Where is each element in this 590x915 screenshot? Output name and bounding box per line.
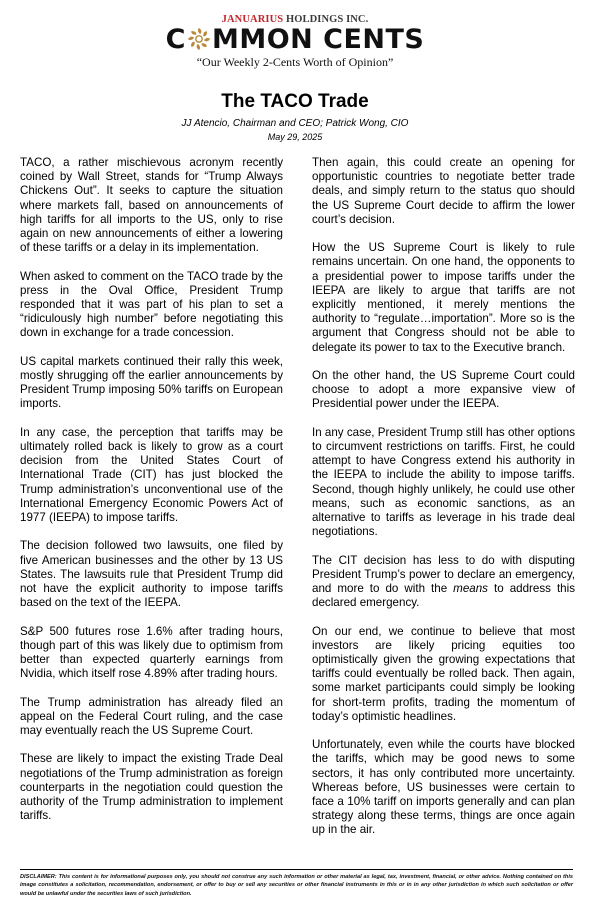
paragraph: In any case, President Trump still has o… [312, 426, 575, 540]
article-authors: JJ Atencio, Chairman and CEO; Patrick Wo… [0, 118, 590, 129]
paragraph: TACO, a rather mischievous acronym recen… [20, 156, 283, 255]
logo-text-end: MMON CENTS [212, 24, 424, 55]
paragraph: The CIT decision has less to do with dis… [312, 554, 575, 611]
logo-text-start: C [166, 24, 186, 55]
paragraph: Unfortunately, even while the courts hav… [312, 738, 575, 837]
footer-divider [20, 869, 573, 870]
paragraph: How the US Supreme Court is likely to ru… [312, 241, 575, 355]
paragraph: When asked to comment on the TACO trade … [20, 270, 283, 341]
article-date: May 29, 2025 [0, 132, 590, 142]
paragraph: In any case, the perception that tariffs… [20, 426, 283, 525]
disclaimer: DISCLAIMER: This content is for informat… [20, 873, 573, 898]
paragraph: Then again, this could create an opening… [312, 156, 575, 227]
paragraph: The Trump administration has already fil… [20, 696, 283, 739]
tagline: “Our Weekly 2-Cents Worth of Opinion” [0, 55, 590, 70]
paragraph: On the other hand, the US Supreme Court … [312, 369, 575, 412]
paragraph: US capital markets continued their rally… [20, 355, 283, 412]
emphasized-word: means [453, 582, 488, 595]
paragraph: S&P 500 futures rose 1.6% after trading … [20, 625, 283, 682]
article-title: The TACO Trade [0, 91, 590, 113]
paragraph: The decision followed two lawsuits, one … [20, 539, 283, 610]
left-column: TACO, a rather mischievous acronym recen… [20, 156, 283, 838]
newsletter-logo: C MMON CENTS [0, 25, 590, 55]
right-column: Then again, this could create an opening… [312, 156, 575, 852]
paragraph: On our end, we continue to believe that … [312, 625, 575, 724]
paragraph: These are likely to impact the existing … [20, 752, 283, 823]
gold-sun-icon [187, 27, 211, 51]
